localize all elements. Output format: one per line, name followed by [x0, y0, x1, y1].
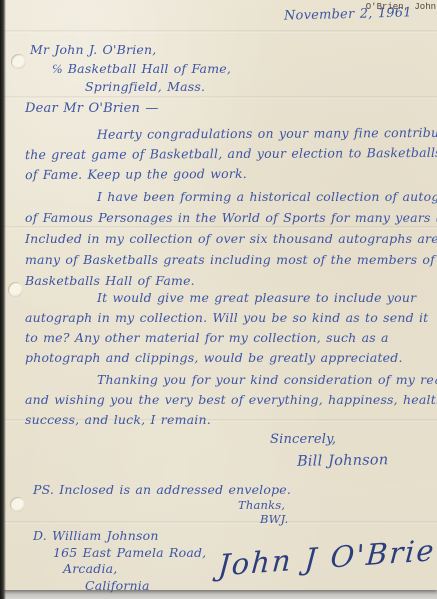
postscript-thanks: Thanks, — [238, 498, 285, 512]
paper-crease — [3, 521, 437, 524]
recipient-line: ℅ Basketball Hall of Fame, — [52, 60, 231, 79]
paragraph-1: Hearty congradulations on your many fine… — [25, 123, 437, 185]
body-line: of Famous Personages in the World of Spo… — [25, 207, 437, 228]
body-line: and wishing you the very best of everyth… — [25, 390, 437, 410]
punch-hole — [8, 282, 23, 297]
body-line: photograph and clippings, would be great… — [25, 348, 437, 368]
recipient-address-block: Mr John J. O'Brien, ℅ Basketball Hall of… — [30, 41, 231, 97]
valediction: Sincerely, — [270, 432, 336, 447]
sender-address-block: D. William Johnson 165 East Pamela Road,… — [33, 528, 206, 594]
body-line: of Fame. Keep up the good work. — [25, 163, 437, 185]
sender-address-line: California — [85, 578, 206, 595]
body-line: It would give me great pleasure to inclu… — [97, 288, 437, 308]
body-line: Thanking you for your kind consideration… — [97, 370, 437, 390]
bill-johnson-signature: Bill Johnson — [297, 452, 389, 470]
salutation: Dear Mr O'Brien — — [25, 101, 159, 116]
sender-address-line: 165 East Pamela Road, — [53, 545, 206, 562]
postscript: PS. Inclosed is an addressed envelope. — [33, 482, 291, 497]
paragraph-3: It would give me great pleasure to inclu… — [25, 288, 437, 368]
body-line: to me? Any other material for my collect… — [25, 328, 437, 348]
body-line: success, and luck, I remain. — [25, 410, 437, 430]
paragraph-4: Thanking you for your kind consideration… — [25, 370, 437, 430]
body-line: autograph in my collection. Will you be … — [25, 308, 437, 328]
sender-address-line: D. William Johnson — [33, 528, 206, 545]
body-line: Hearty congradulations on your many fine… — [97, 123, 437, 145]
punch-hole — [10, 497, 25, 512]
paper-crease — [3, 30, 437, 33]
body-line: many of Basketballs greats including mos… — [25, 249, 437, 270]
recipient-line: Mr John J. O'Brien, — [30, 41, 231, 60]
punch-hole — [11, 54, 26, 69]
body-line: the great game of Basketball, and your e… — [25, 143, 437, 165]
paragraph-2: I have been forming a historical collect… — [25, 186, 437, 291]
recipient-line: Springfield, Mass. — [85, 78, 231, 97]
scan-edge-shadow — [0, 0, 6, 599]
sender-address-line: Arcadia, — [63, 561, 206, 578]
body-line: I have been forming a historical collect… — [97, 186, 437, 207]
postscript-initials: BWJ. — [260, 512, 288, 526]
body-line: Included in my collection of over six th… — [25, 228, 437, 249]
scanned-letter: O'Brien, John November 2, 1961 Mr John J… — [0, 0, 437, 599]
